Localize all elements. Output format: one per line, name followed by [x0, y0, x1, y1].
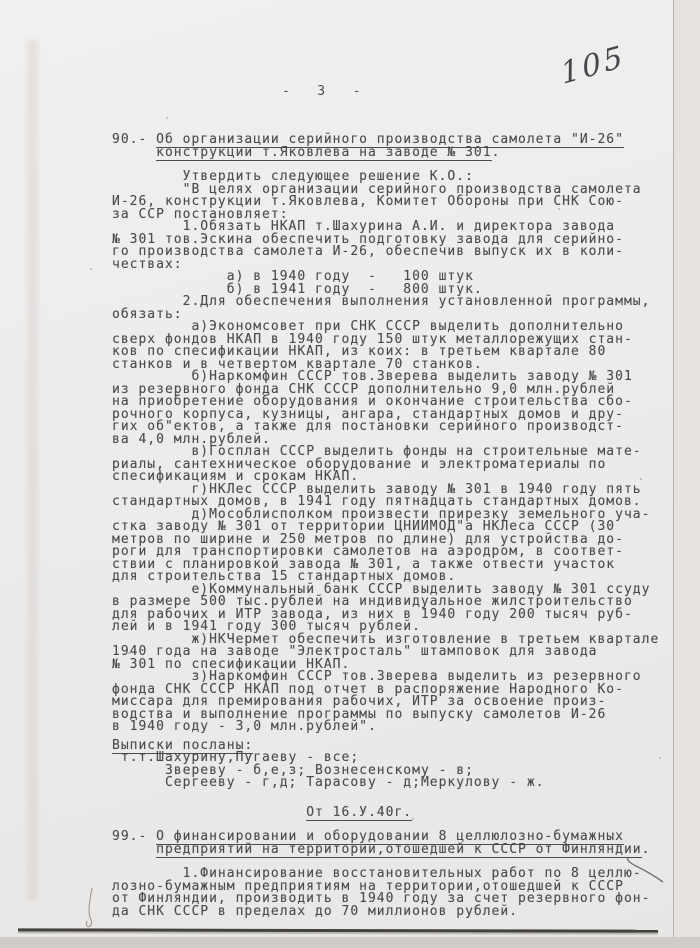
text-flow: 90.- Об организации серийного производст…	[112, 134, 672, 918]
text-line: да СНК СССР в пределах до 70 миллионов р…	[112, 906, 672, 919]
left-binding-shadow	[27, 40, 38, 900]
paper-curl-mark	[80, 886, 102, 934]
paper-speck	[90, 268, 92, 270]
page-number: - 3 -	[282, 84, 361, 99]
text-line: го производства самолета И-26, обеспечив…	[112, 246, 672, 259]
right-page-edge	[673, 0, 700, 948]
text-line: в 1940 году - 3,0 млн.рублей".	[112, 721, 672, 734]
date-heading: От 16.У.40г.	[112, 807, 672, 820]
document-scan: - 3 - 105 90.- Об организации серийного …	[0, 0, 700, 948]
item-90-heading-line: конструкции т.Яковлева на заводе № 301.	[112, 147, 672, 160]
item-99-heading-line: предприятий на территории,отошедшей к СС…	[112, 844, 672, 857]
distribution-line: Сергееву - г,д; Тарасову - д;Меркулову -…	[112, 777, 672, 790]
paper-speck	[166, 117, 168, 119]
text-line: 2.Для обеспечения выполнения установленн…	[112, 296, 672, 309]
bottom-scan-background	[0, 937, 700, 948]
